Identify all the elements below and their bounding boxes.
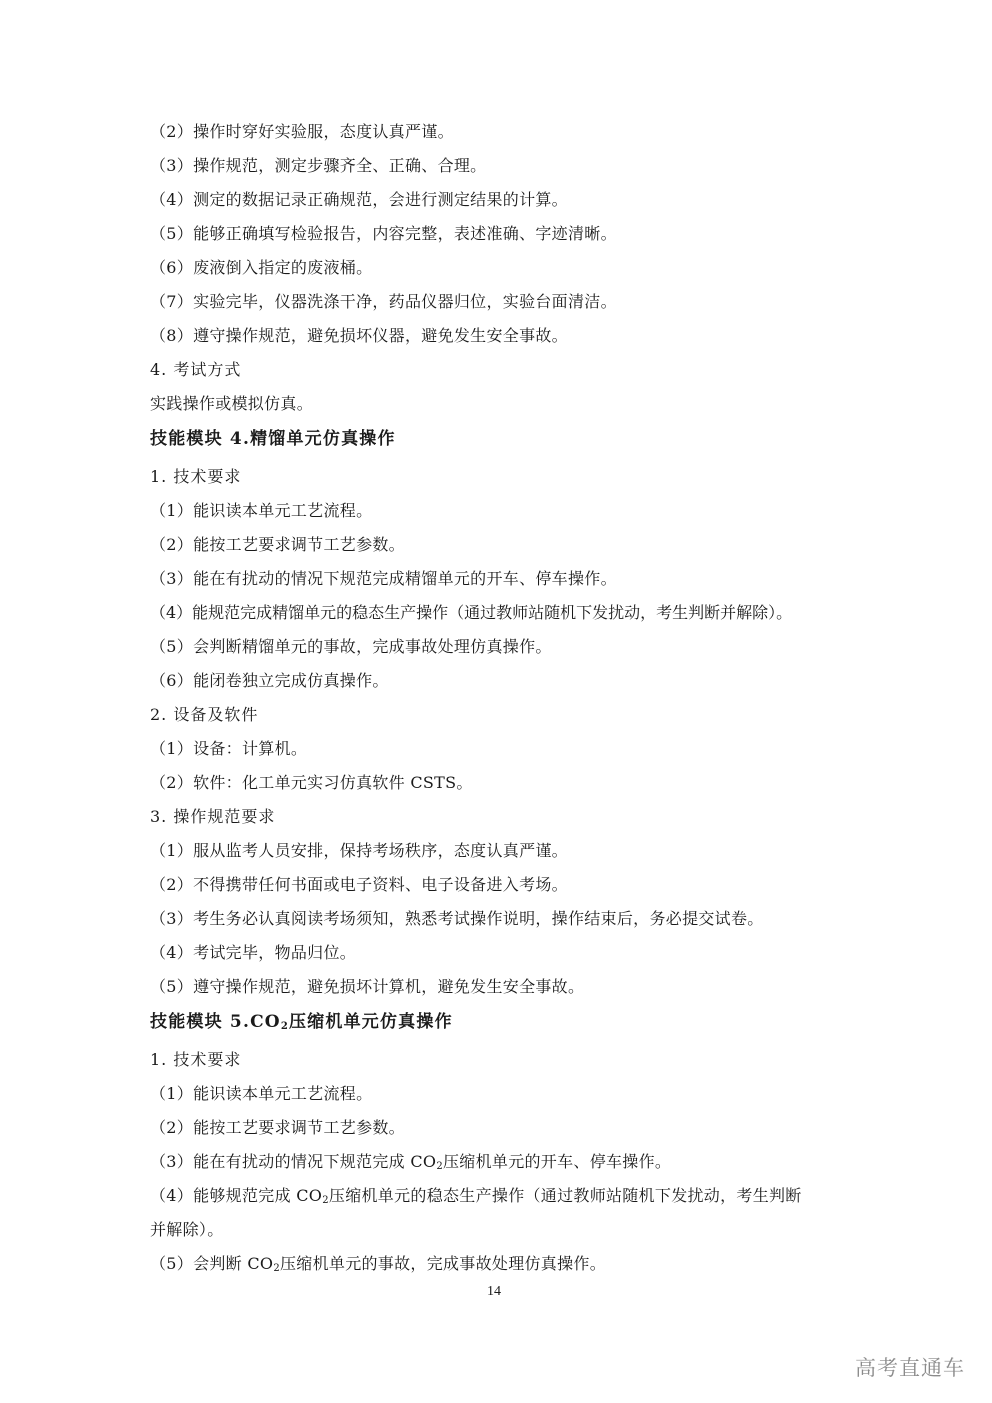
list-item: （3）能在有扰动的情况下规范完成精馏单元的开车、停车操作。 — [150, 569, 617, 589]
list-item: （1）能识读本单元工艺流程。 — [150, 1084, 372, 1104]
watermark: 高考直通车 — [855, 1352, 965, 1382]
module-5-tech-heading: 1. 技术要求 — [150, 1050, 241, 1070]
list-item: （3）考生务必认真阅读考场须知，熟悉考试操作说明，操作结束后，务必提交试卷。 — [150, 909, 764, 929]
list-item-continuation: 并解除）。 — [150, 1220, 224, 1240]
exam-method-heading: 4. 考试方式 — [150, 360, 241, 380]
module-5-title-suffix: 压缩机单元仿真操作 — [289, 1012, 453, 1032]
module-4-tech-heading: 1. 技术要求 — [150, 467, 241, 487]
exam-method-text: 实践操作或模拟仿真。 — [150, 394, 313, 414]
subscript-2: 2 — [273, 1263, 280, 1274]
list-item: （2）不得携带任何书面或电子资料、电子设备进入考场。 — [150, 875, 568, 895]
list-item: （6）废液倒入指定的废液桶。 — [150, 258, 372, 278]
module-4-title: 技能模块 4.精馏单元仿真操作 — [150, 429, 396, 449]
list-item: （1）服从监考人员安排，保持考场秩序，态度认真严谨。 — [150, 841, 568, 861]
list-item: （2）能按工艺要求调节工艺参数。 — [150, 535, 405, 555]
list-item: （3）操作规范，测定步骤齐全、正确、合理。 — [150, 156, 486, 176]
list-item: （1）能识读本单元工艺流程。 — [150, 501, 372, 521]
subscript-2: 2 — [436, 1161, 443, 1172]
list-item: （4）测定的数据记录正确规范，会进行测定结果的计算。 — [150, 190, 568, 210]
page-number: 14 — [487, 1284, 501, 1300]
list-item: （5）遵守操作规范，避免损坏计算机，避免发生安全事故。 — [150, 977, 584, 997]
item-text: （5）会判断 CO — [150, 1254, 273, 1273]
item-text: 压缩机单元的开车、停车操作。 — [443, 1152, 671, 1171]
list-item: （4）能够规范完成 CO2压缩机单元的稳态生产操作（通过教师站随机下发扰动，考生… — [150, 1186, 802, 1211]
module-5-title-prefix: 技能模块 5.CO — [150, 1012, 281, 1032]
document-page: （2）操作时穿好实验服，态度认真严谨。 （3）操作规范，测定步骤齐全、正确、合理… — [0, 0, 992, 1403]
list-item: （4）考试完毕，物品归位。 — [150, 943, 356, 963]
module-4-operation-heading: 3. 操作规范要求 — [150, 807, 275, 827]
module-5-title: 技能模块 5.CO2压缩机单元仿真操作 — [150, 1012, 453, 1037]
list-item: （8）遵守操作规范，避免损坏仪器，避免发生安全事故。 — [150, 326, 568, 346]
item-text: （4）能够规范完成 CO — [150, 1186, 322, 1205]
list-item: （2）软件：化工单元实习仿真软件 CSTS。 — [150, 773, 473, 793]
list-item: （2）操作时穿好实验服，态度认真严谨。 — [150, 122, 454, 142]
list-item: （5）会判断 CO2压缩机单元的事故，完成事故处理仿真操作。 — [150, 1254, 606, 1279]
list-item: （5）能够正确填写检验报告，内容完整，表述准确、字迹清晰。 — [150, 224, 617, 244]
item-text: 压缩机单元的事故，完成事故处理仿真操作。 — [280, 1254, 606, 1273]
item-text: （3）能在有扰动的情况下规范完成 CO — [150, 1152, 436, 1171]
subscript-2: 2 — [322, 1195, 329, 1206]
module-4-equipment-heading: 2. 设备及软件 — [150, 705, 258, 725]
list-item: （7）实验完毕，仪器洗涤干净，药品仪器归位，实验台面清洁。 — [150, 292, 617, 312]
list-item: （3）能在有扰动的情况下规范完成 CO2压缩机单元的开车、停车操作。 — [150, 1152, 671, 1177]
item-text: 压缩机单元的稳态生产操作（通过教师站随机下发扰动，考生判断 — [329, 1186, 802, 1205]
list-item: （2）能按工艺要求调节工艺参数。 — [150, 1118, 405, 1138]
subscript-2: 2 — [281, 1021, 289, 1032]
list-item: （4）能规范完成精馏单元的稳态生产操作（通过教师站随机下发扰动，考生判断并解除）… — [150, 603, 792, 623]
list-item: （1）设备：计算机。 — [150, 739, 307, 759]
list-item: （6）能闭卷独立完成仿真操作。 — [150, 671, 389, 691]
list-item: （5）会判断精馏单元的事故，完成事故处理仿真操作。 — [150, 637, 552, 657]
